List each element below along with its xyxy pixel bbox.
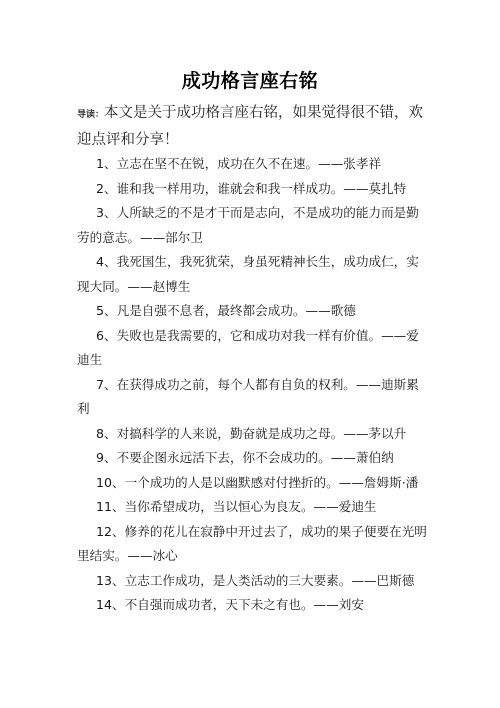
quote-item: 10、一个成功的人是以幽默感对付挫折的。——詹姆斯·潘: [77, 471, 429, 496]
quote-item: 6、失败也是我需要的，它和成功对我一样有价值。——爱迪生: [77, 324, 429, 373]
quote-text: 立志工作成功，是人类活动的三大要素。——巴斯德: [125, 573, 415, 588]
quote-text: 在获得成功之前，每个人都有自负的权利。——迪斯累利: [77, 377, 419, 417]
quote-text: 谁和我一样用功，谁就会和我一样成功。——莫扎特: [117, 181, 407, 196]
quote-text: 不要企图永远活下去，你不会成功的。——萧伯纳: [117, 450, 394, 465]
quote-number: 5、: [96, 303, 117, 318]
quote-list: 1、立志在坚不在锐，成功在久不在速。——张孝祥 2、谁和我一样用功，谁就会和我一…: [77, 152, 429, 618]
quote-text: 人所缺乏的不是才干而是志向，不是成功的能力而是勤劳的意志。——部尔卫: [77, 205, 419, 245]
quote-number: 1、: [96, 156, 117, 171]
quote-number: 11、: [96, 499, 125, 514]
quote-item: 8、对搞科学的人来说，勤奋就是成功之母。——茅以升: [77, 422, 429, 447]
quote-item: 12、修养的花儿在寂静中开过去了，成功的果子便要在光明里结实。——冰心: [77, 520, 429, 569]
quote-number: 13、: [96, 573, 125, 588]
quote-number: 10、: [96, 475, 125, 490]
quote-text: 凡是自强不息者，最终都会成功。——歌德: [117, 303, 356, 318]
quote-text: 失败也是我需要的，它和成功对我一样有价值。——爱迪生: [77, 328, 419, 368]
quote-item: 7、在获得成功之前，每个人都有自负的权利。——迪斯累利: [77, 373, 429, 422]
document-page: 成功格言座右铭 导读：本文是关于成功格言座右铭，如果觉得很不错，欢迎点评和分享！…: [0, 0, 500, 708]
intro-lead-label: 导读：: [77, 110, 104, 120]
quote-number: 2、: [96, 181, 117, 196]
quote-text: 对搞科学的人来说，勤奋就是成功之母。——茅以升: [117, 426, 407, 441]
quote-number: 7、: [96, 377, 117, 392]
intro-text: 本文是关于成功格言座右铭，如果觉得很不错，欢迎点评和分享！: [77, 105, 423, 148]
quote-text: 一个成功的人是以幽默感对付挫折的。——詹姆斯·潘: [125, 475, 419, 490]
quote-item: 13、立志工作成功，是人类活动的三大要素。——巴斯德: [77, 569, 429, 594]
quote-text: 当你希望成功，当以恒心为良友。——爱迪生: [125, 499, 377, 514]
quote-text: 立志在坚不在锐，成功在久不在速。——张孝祥: [117, 156, 381, 171]
quote-number: 12、: [96, 524, 125, 539]
quote-item: 4、我死国生，我死犹荣，身虽死精神长生，成功成仁，实现大同。——赵博生: [77, 250, 429, 299]
quote-item: 9、不要企图永远活下去，你不会成功的。——萧伯纳: [77, 446, 429, 471]
quote-number: 3、: [96, 205, 117, 220]
quote-number: 6、: [96, 328, 117, 343]
quote-number: 8、: [96, 426, 117, 441]
quote-item: 5、凡是自强不息者，最终都会成功。——歌德: [77, 299, 429, 324]
page-title: 成功格言座右铭: [0, 66, 500, 93]
quote-item: 11、当你希望成功，当以恒心为良友。——爱迪生: [77, 495, 429, 520]
quote-item: 1、立志在坚不在锐，成功在久不在速。——张孝祥: [77, 152, 429, 177]
quote-number: 4、: [96, 254, 117, 269]
quote-item: 3、人所缺乏的不是才干而是志向，不是成功的能力而是勤劳的意志。——部尔卫: [77, 201, 429, 250]
quote-number: 9、: [96, 450, 117, 465]
quote-text: 不自强而成功者，天下未之有也。——刘安: [125, 597, 364, 612]
quote-text: 修养的花儿在寂静中开过去了，成功的果子便要在光明里结实。——冰心: [77, 524, 427, 564]
quote-text: 我死国生，我死犹荣，身虽死精神长生，成功成仁，实现大同。——赵博生: [77, 254, 419, 294]
intro-paragraph: 导读：本文是关于成功格言座右铭，如果觉得很不错，欢迎点评和分享！: [77, 101, 427, 153]
quote-item: 14、不自强而成功者，天下未之有也。——刘安: [77, 593, 429, 618]
quote-number: 14、: [96, 597, 125, 612]
quote-item: 2、谁和我一样用功，谁就会和我一样成功。——莫扎特: [77, 177, 429, 202]
